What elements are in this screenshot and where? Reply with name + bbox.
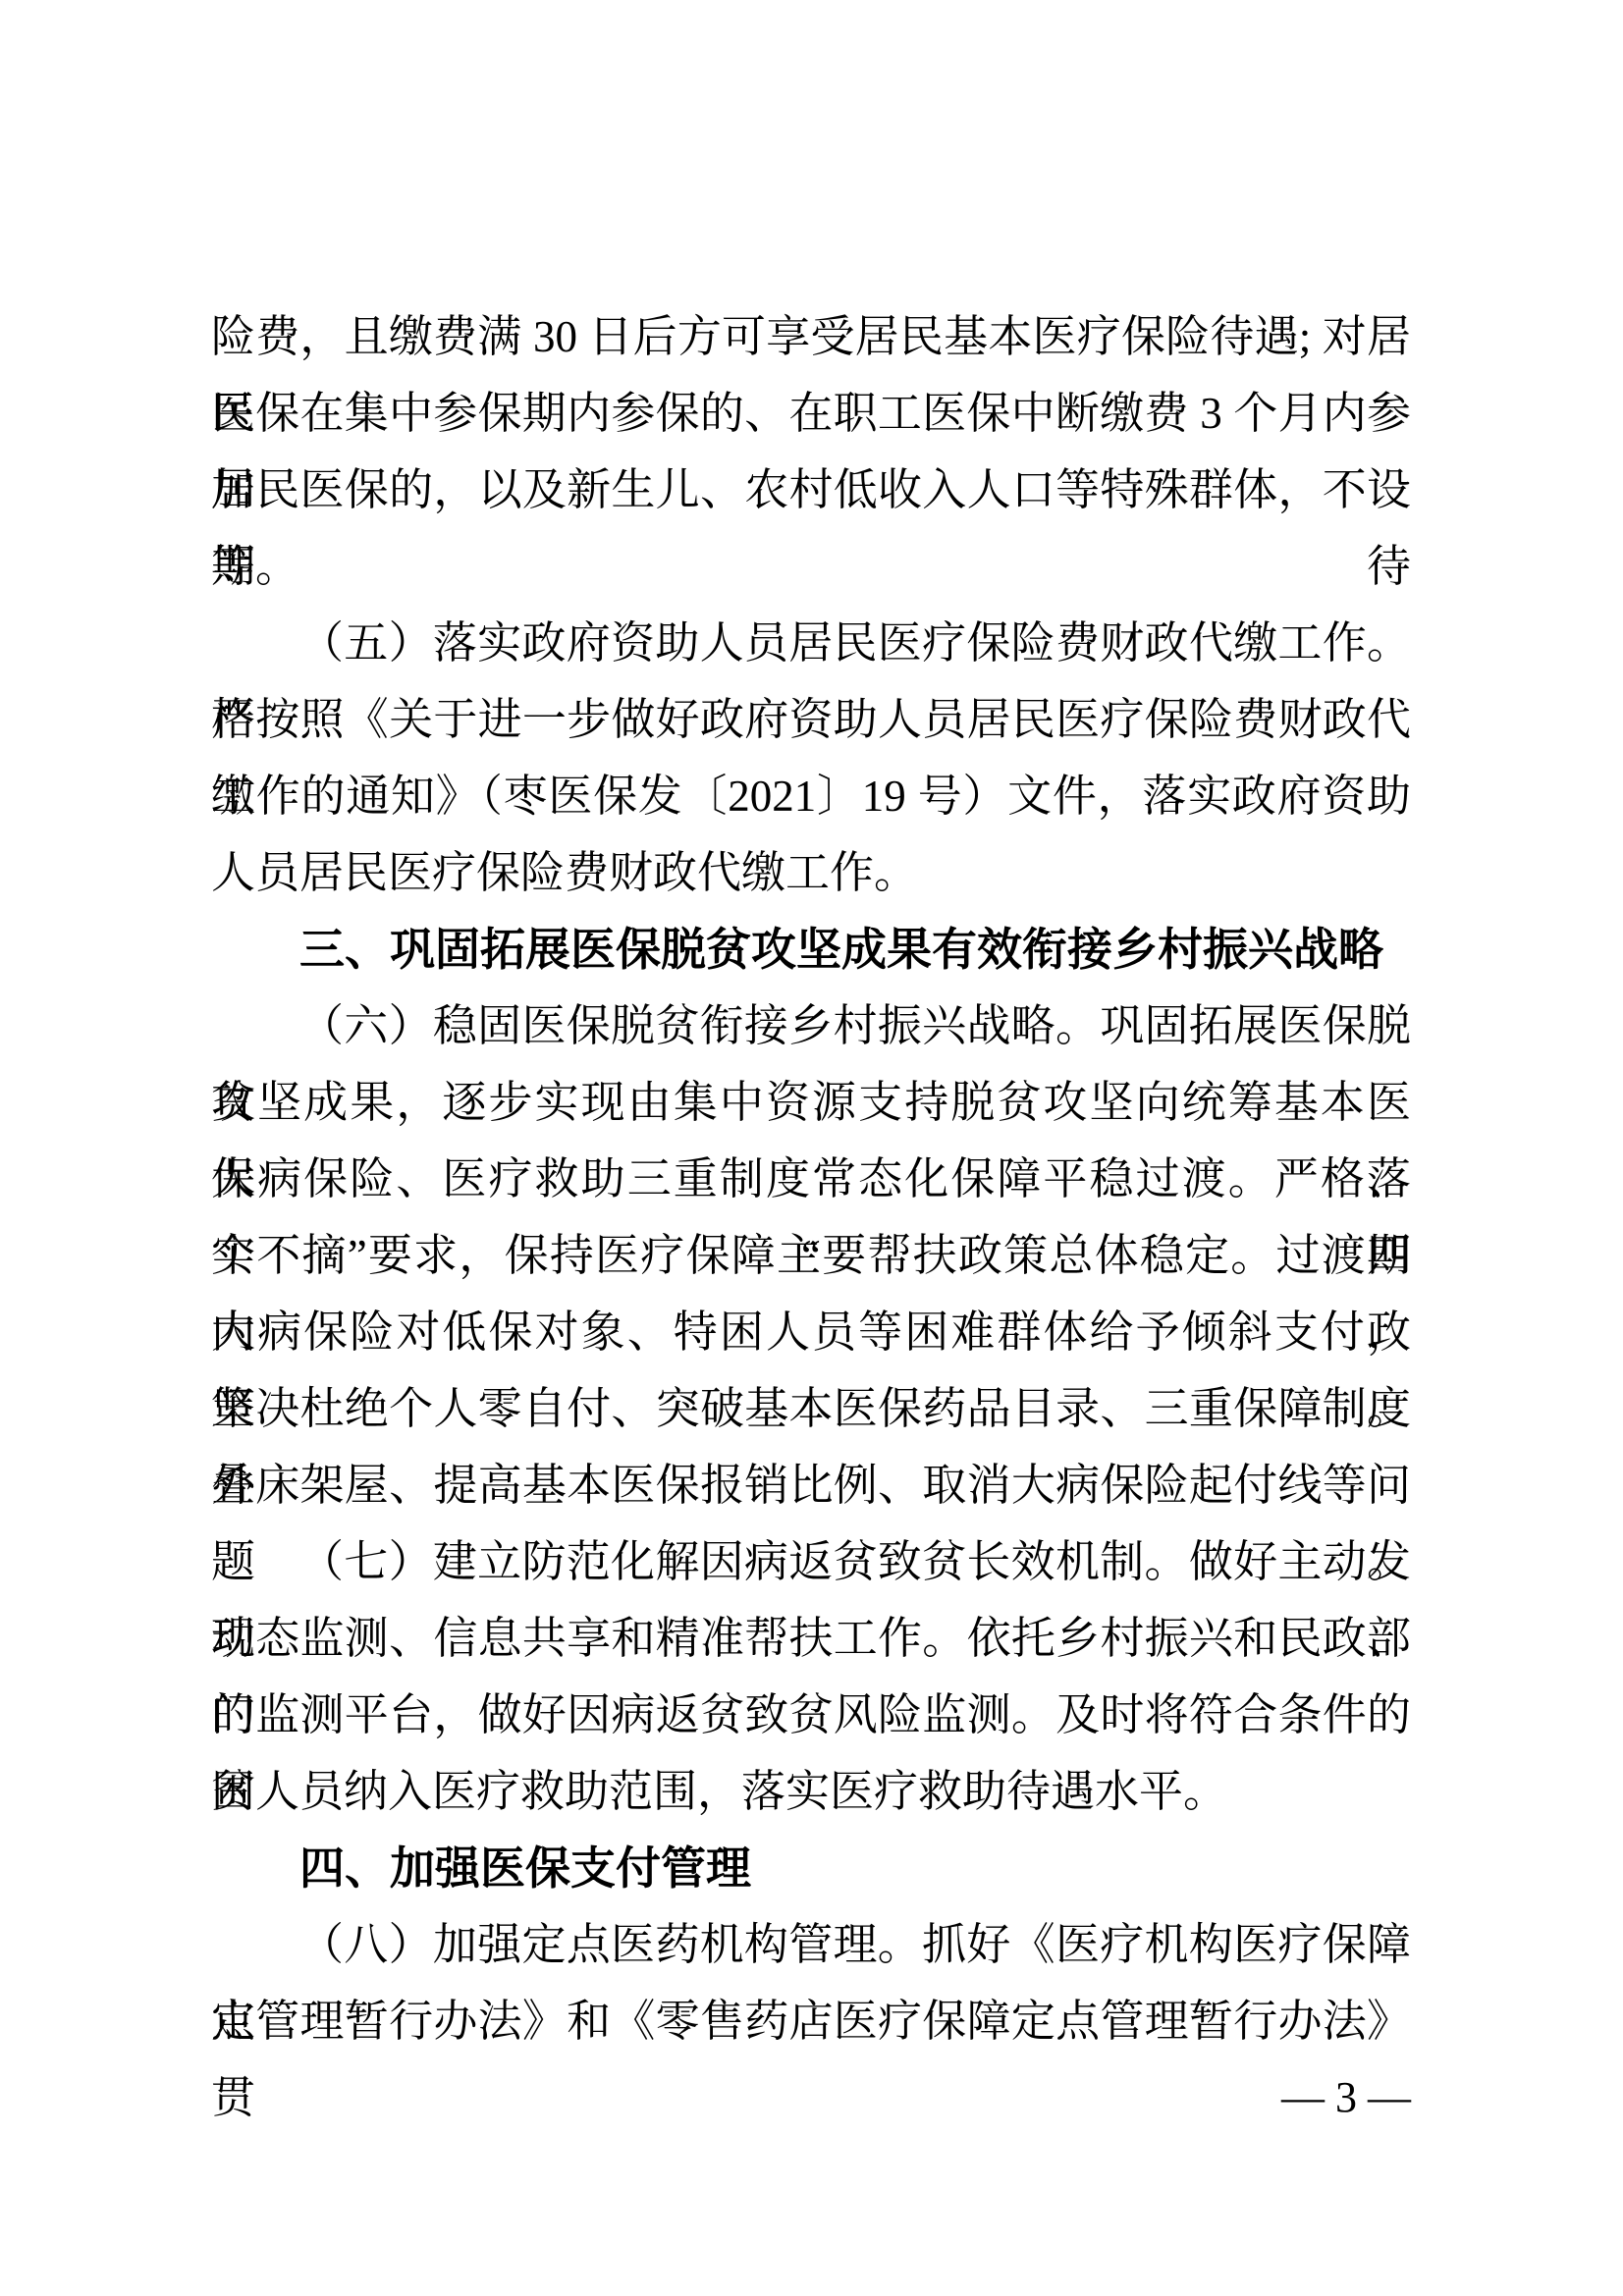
page-number: — 3 — (211, 2059, 1411, 2136)
section-heading: 四、加强医保支付管理 (211, 1830, 1411, 1906)
document-body: 险费，且缴费满 30 日后方可享受居民基本医疗保险待遇; 对居民 医保在集中参保… (211, 298, 1411, 2136)
text-line: 坚决杜绝个人零自付、突破基本医保药品目录、三重保障制度外 (211, 1370, 1411, 1447)
text-line: 险费，且缴费满 30 日后方可享受居民基本医疗保险待遇; 对居民 (211, 298, 1411, 375)
text-line: 居民医保的，以及新生儿、农村低收入人口等特殊群体，不设等待 (211, 452, 1411, 528)
text-line: 大病保险、医疗救助三重制度常态化保障平稳过渡。严格落实“四 (211, 1141, 1411, 1217)
text-line: 动态监测、信息共享和精准帮扶工作。依托乡村振兴和民政部门 (211, 1600, 1411, 1677)
document-page: 险费，且缴费满 30 日后方可享受居民基本医疗保险待遇; 对居民 医保在集中参保… (0, 0, 1623, 2296)
section-heading: 三、巩固拓展医保脱贫攻坚成果有效衔接乡村振兴战略 (211, 911, 1411, 988)
text-line: 人员居民医疗保险费财政代缴工作。 (211, 834, 1411, 911)
text-line: 点管理暂行办法》和《零售药店医疗保障定点管理暂行办法》贯 (211, 1983, 1411, 2059)
text-line: 工作的通知》（枣医保发〔2021〕19 号）文件，落实政府资助 (211, 758, 1411, 834)
text-line: （五）落实政府资助人员居民医疗保险费财政代缴工作。严 (211, 605, 1411, 681)
text-line: （七）建立防范化解因病返贫致贫长效机制。做好主动发现、 (211, 1523, 1411, 1600)
text-line: 个不摘”要求，保持医疗保障主要帮扶政策总体稳定。过渡期内， (211, 1217, 1411, 1294)
text-line: （六）稳固医保脱贫衔接乡村振兴战略。巩固拓展医保脱贫 (211, 988, 1411, 1064)
text-line: 医保在集中参保期内参保的、在职工医保中断缴费 3 个月内参加 (211, 375, 1411, 452)
text-line: 叠床架屋、提高基本医保报销比例、取消大病保险起付线等问题。 (211, 1447, 1411, 1523)
text-line: 困人员纳入医疗救助范围，落实医疗救助待遇水平。 (211, 1753, 1411, 1830)
text-line: 攻坚成果，逐步实现由集中资源支持脱贫攻坚向统筹基本医保、 (211, 1064, 1411, 1141)
text-line: 格按照《关于进一步做好政府资助人员居民医疗保险费财政代缴 (211, 681, 1411, 758)
text-line: （八）加强定点医药机构管理。抓好《医疗机构医疗保障定 (211, 1906, 1411, 1983)
text-line: 的监测平台，做好因病返贫致贫风险监测。及时将符合条件的贫 (211, 1677, 1411, 1753)
text-line: 大病保险对低保对象、特困人员等困难群体给予倾斜支付政策。 (211, 1294, 1411, 1370)
